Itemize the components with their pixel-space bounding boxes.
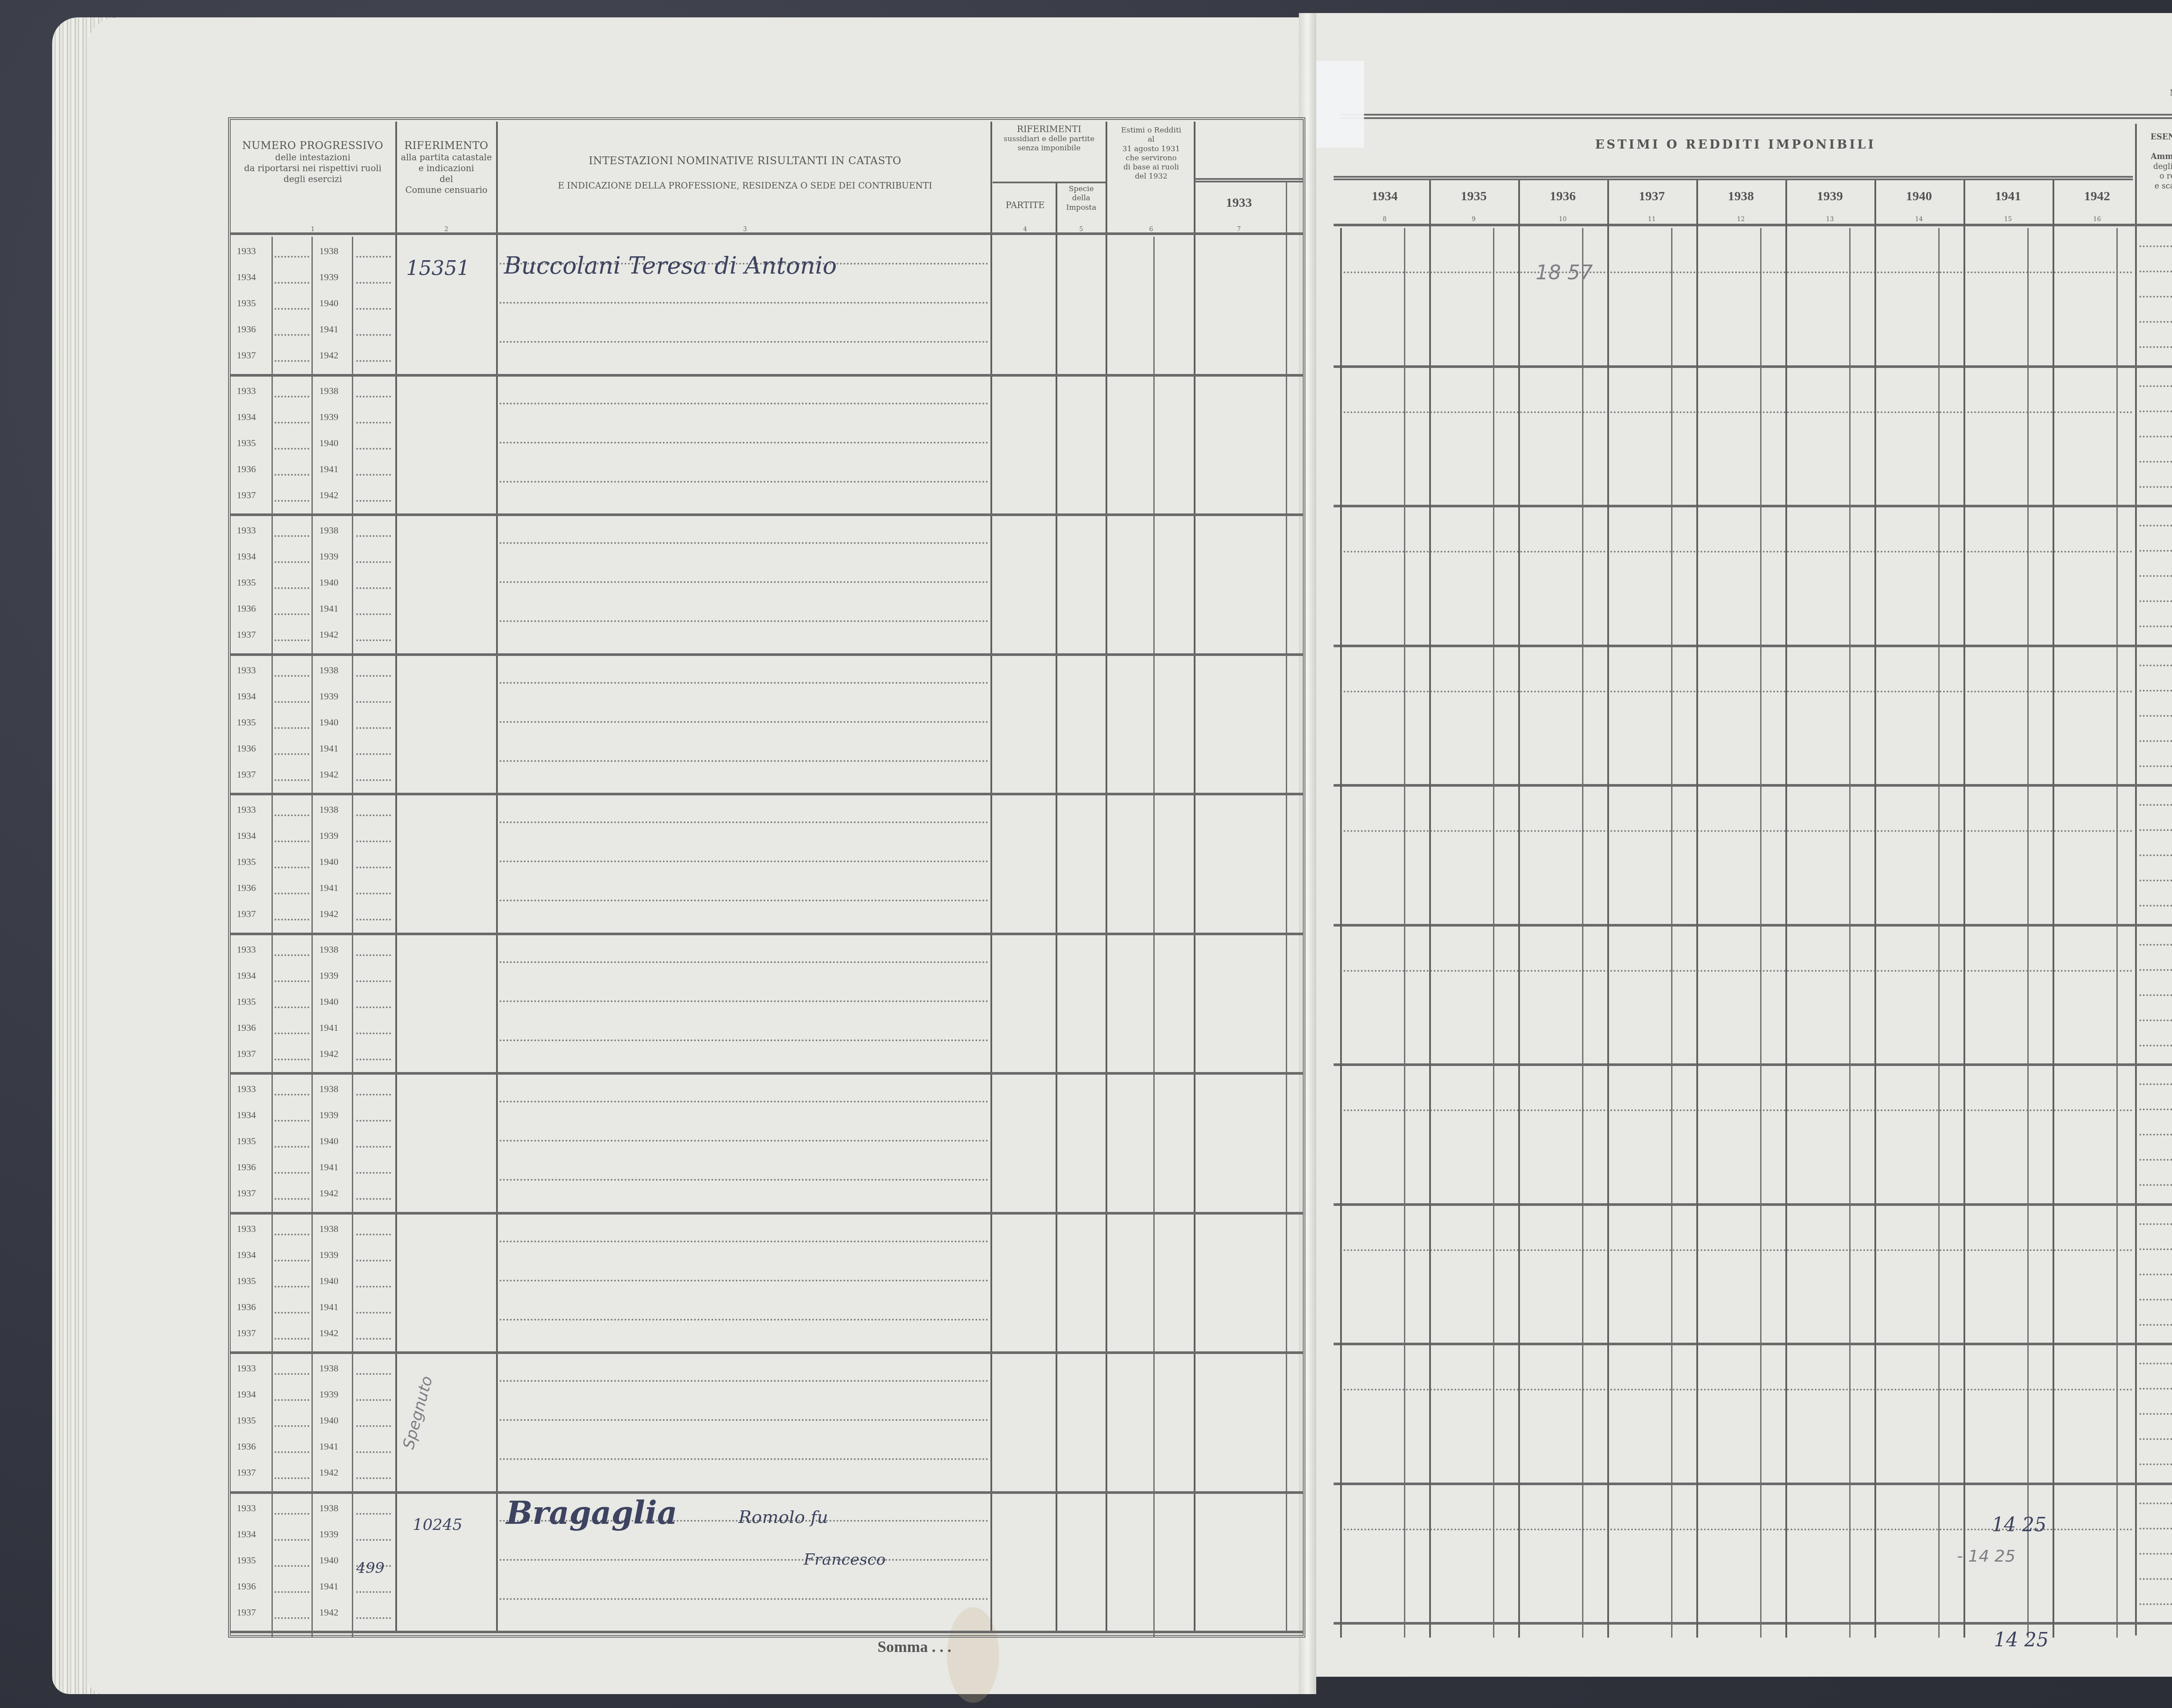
col7-number: 7	[1195, 226, 1282, 233]
entry-1-name: Buccolani Teresa di Antonio	[504, 252, 837, 279]
year-label: 1937	[237, 908, 256, 920]
entry-line	[275, 561, 309, 563]
esenzioni-line	[2139, 1603, 2172, 1605]
year-label: 1938	[319, 245, 338, 257]
entry-line	[275, 1539, 309, 1541]
year-label: 1941	[319, 1441, 338, 1452]
col2-line: Comune censuario	[397, 185, 495, 195]
entry-line	[356, 1399, 391, 1401]
entry-line	[275, 1565, 309, 1567]
entry-line	[275, 1373, 309, 1375]
year-label: 1941	[319, 882, 338, 894]
year-label: 1940	[319, 1275, 338, 1287]
block-divider	[230, 374, 1303, 377]
entry-line	[275, 954, 309, 956]
year-label: 1938	[319, 1363, 338, 1374]
entry-line	[275, 1260, 309, 1261]
entry-line	[356, 701, 391, 703]
amount-line	[1340, 1109, 2133, 1111]
year-label: 1938	[319, 1223, 338, 1235]
esenzioni-line: o redditi	[2137, 172, 2172, 182]
year-label: 1937	[237, 1467, 256, 1478]
year-label: 1939	[319, 411, 338, 423]
esenzioni-line	[2139, 1109, 2172, 1110]
col-divider	[2053, 180, 2054, 1638]
entry-line	[356, 587, 391, 589]
right-table-top-rule	[1340, 114, 2172, 119]
year-label: 1940	[319, 856, 338, 867]
year-label: 1936	[237, 1301, 256, 1313]
amount-line	[1340, 830, 2133, 832]
esenzioni-line	[2139, 715, 2172, 717]
esenzioni-line	[2139, 880, 2172, 881]
entry-line	[356, 841, 391, 842]
entry-line	[356, 919, 391, 920]
name-line	[500, 682, 988, 684]
estimi-group-title: ESTIMI O REDDITI IMPONIBILI	[1340, 137, 2131, 152]
entry-line	[356, 1146, 391, 1148]
block-divider	[1334, 784, 2172, 787]
entry-line	[275, 422, 309, 424]
year-label: 1937	[237, 769, 256, 780]
name-line	[500, 821, 988, 823]
esenzioni-line	[2139, 1045, 2172, 1046]
year-label: 1934	[237, 1249, 256, 1261]
entry-line	[356, 448, 391, 450]
year-column-number: 14	[1874, 216, 1963, 223]
entry-line	[356, 422, 391, 424]
entry-line	[356, 1591, 391, 1593]
col2-line: del	[397, 174, 495, 185]
entry-line	[356, 779, 391, 781]
entry-line	[275, 867, 309, 868]
esenzioni-line	[2139, 1184, 2172, 1186]
year-label: 1938	[319, 804, 338, 815]
year-group-divider	[1195, 178, 1303, 182]
year-label: 1939	[319, 1389, 338, 1400]
entry-line	[275, 474, 309, 476]
esenzioni-line	[2139, 436, 2172, 437]
col-subdivider	[271, 237, 273, 1638]
entry-line	[275, 1477, 309, 1479]
year-label: 1934	[237, 411, 256, 423]
year-label: 1936	[237, 463, 256, 475]
col-divider	[1429, 180, 1431, 1638]
esenzioni-title: ESENZIONI	[2137, 132, 2172, 142]
name-line	[500, 620, 988, 622]
entry-line	[275, 1033, 309, 1034]
year-label: 1941	[319, 324, 338, 335]
name-line	[500, 1000, 988, 1002]
year-label: 1935	[237, 437, 256, 449]
entry-line	[275, 1451, 309, 1453]
header-bottom-rule	[230, 232, 1303, 235]
entry-line	[275, 1120, 309, 1122]
name-line	[500, 1319, 988, 1321]
col-subdivider	[1493, 228, 1494, 1638]
col45-line: senza imponibile	[993, 144, 1106, 153]
right-page	[1308, 13, 2172, 1677]
esenzioni-line	[2139, 1578, 2172, 1580]
year-label: 1933	[237, 944, 256, 955]
esenzioni-line	[2139, 905, 2172, 907]
year-label: 1937	[237, 490, 256, 501]
entry-line	[275, 360, 309, 362]
esenzioni-line: Ammontare	[2137, 152, 2172, 162]
block-divider	[1334, 1622, 2172, 1625]
year-label: 1933	[237, 804, 256, 815]
esenzioni-line	[2139, 321, 2172, 323]
entry-line	[356, 1338, 391, 1340]
year-column-number: 10	[1518, 216, 1607, 223]
esenzioni-line: degli estimi	[2137, 162, 2172, 172]
entry-line	[356, 1286, 391, 1288]
col-divider	[496, 122, 498, 1633]
esenzioni-line	[2139, 1438, 2172, 1440]
year-label: 1935	[237, 856, 256, 867]
entry-line	[275, 893, 309, 894]
col-subdivider	[1582, 228, 1583, 1638]
col-divider	[990, 122, 992, 1633]
col-divider	[1194, 122, 1195, 1633]
esenzioni-line	[2139, 346, 2172, 348]
esenzioni-line	[2139, 525, 2172, 526]
col1-number: 1	[230, 226, 395, 233]
year-label: 1942	[319, 629, 338, 640]
esenzioni-line	[2139, 1223, 2172, 1225]
esenzioni-line	[2139, 1324, 2172, 1326]
year-label: 1935	[237, 1275, 256, 1287]
esenzioni-line	[2139, 1528, 2172, 1529]
name-line	[500, 1039, 988, 1041]
esenzioni-line	[2139, 550, 2172, 552]
col-divider	[395, 122, 397, 1633]
col5-number: 5	[1057, 226, 1105, 233]
entry-line	[275, 1399, 309, 1401]
block-divider	[230, 1631, 1303, 1633]
esenzioni-line	[2139, 486, 2172, 488]
esenzioni-line	[2139, 740, 2172, 742]
year-label: 1934	[237, 1109, 256, 1121]
year-label: 1934	[237, 1389, 256, 1400]
year-column-header: 1938	[1696, 189, 1785, 204]
entry-10-father: Francesco	[804, 1551, 886, 1569]
entry-line	[356, 360, 391, 362]
col-divider	[1056, 182, 1057, 1633]
esenzioni-line	[2139, 804, 2172, 806]
esenzioni-line	[2139, 1463, 2172, 1465]
esenzioni-line	[2139, 410, 2172, 412]
entry-line	[356, 1198, 391, 1200]
entry-line	[356, 954, 391, 956]
year-column-header: 1934	[1340, 189, 1429, 204]
col4-number: 4	[993, 226, 1058, 233]
year-label: 1934	[237, 271, 256, 283]
year-label: 1942	[319, 490, 338, 501]
col3-header: INTESTAZIONI NOMINATIVE RISULTANTI IN CA…	[500, 154, 990, 191]
col-subdivider	[2116, 228, 2118, 1638]
col-divider	[1518, 180, 1520, 1638]
year-label: 1936	[237, 1022, 256, 1033]
year-label: 1933	[237, 1503, 256, 1514]
name-line	[500, 861, 988, 862]
repair-tape	[1316, 61, 1364, 148]
year-label: 1934	[237, 1529, 256, 1540]
year-label: 1940	[319, 717, 338, 728]
year-label: 1940	[319, 996, 338, 1007]
name-line	[500, 1598, 988, 1600]
entry-line	[356, 308, 391, 310]
year-label: 1935	[237, 298, 256, 309]
year-label: 1940	[319, 1135, 338, 1147]
year-label: 1937	[237, 629, 256, 640]
somma-label: Somma . . .	[877, 1638, 951, 1656]
year-column-number: 8	[1340, 216, 1429, 223]
entry-line	[275, 1234, 309, 1235]
esenzioni-line	[2139, 1274, 2172, 1275]
year-label: 1939	[319, 1109, 338, 1121]
entry-10-surname: Bragaglia	[506, 1494, 677, 1531]
esenzioni-line	[2139, 1413, 2172, 1415]
name-line	[500, 760, 988, 762]
col-subdivider	[1153, 237, 1155, 1638]
year-label: 1937	[237, 1188, 256, 1199]
entry-line	[275, 1617, 309, 1619]
amount-line	[1340, 691, 2133, 692]
col2-title: RIFERIMENTO	[397, 139, 495, 152]
col-divider	[1696, 180, 1698, 1638]
esenzioni-header: ESENZIONI — Ammontare degli estimi o red…	[2137, 132, 2172, 191]
year-label: 1936	[237, 324, 256, 335]
year-label: 1940	[319, 1555, 338, 1566]
year-column-number: 13	[1785, 216, 1874, 223]
name-line	[500, 721, 988, 723]
year-label: 1942	[319, 908, 338, 920]
year-column-number: 12	[1696, 216, 1785, 223]
col3-title: INTESTAZIONI NOMINATIVE RISULTANTI IN CA…	[500, 154, 990, 167]
entry-line	[275, 1286, 309, 1288]
col2-number: 2	[397, 226, 495, 233]
amount-line	[1340, 551, 2133, 553]
year-column-number: 9	[1429, 216, 1518, 223]
col6-line: al	[1108, 135, 1195, 144]
entry-line	[356, 893, 391, 894]
esenzioni-line	[2139, 1363, 2172, 1364]
esenzioni-number: 17	[2137, 216, 2172, 223]
year-column-header: 1942	[2053, 189, 2142, 204]
year-label: 1934	[237, 551, 256, 562]
entry-line	[275, 1591, 309, 1593]
entry-line	[356, 675, 391, 677]
entry-line	[356, 980, 391, 982]
year-label: 1933	[237, 385, 256, 397]
esenzioni-line	[2139, 626, 2172, 627]
block-divider	[230, 1212, 1303, 1215]
esenzioni-line	[2139, 944, 2172, 946]
year-label: 1933	[237, 1083, 256, 1095]
year-label: 1942	[319, 1607, 338, 1618]
year-label: 1935	[237, 996, 256, 1007]
block-divider	[1334, 645, 2172, 647]
entry-line	[275, 334, 309, 336]
year-column-number: 11	[1607, 216, 1696, 223]
entry-line	[275, 701, 309, 703]
entry-line	[275, 1513, 309, 1515]
col2-header: RIFERIMENTO alla partita catastale e ind…	[397, 139, 495, 195]
esenzioni-line	[2139, 765, 2172, 767]
name-line	[500, 403, 988, 404]
year-label: 1935	[237, 1555, 256, 1566]
amount-line	[1340, 970, 2133, 972]
esenzioni-line: e scadenze	[2137, 182, 2172, 192]
entry-1-estimi-1936: 18 57	[1536, 261, 1593, 284]
col6-line: 31 agosto 1931	[1108, 145, 1195, 154]
year-label: 1936	[237, 603, 256, 614]
name-line	[500, 341, 988, 343]
col2-line: alla partita catastale	[397, 152, 495, 163]
year-label: 1933	[237, 245, 256, 257]
esenzioni-line	[2139, 829, 2172, 831]
col4-header: PARTITE	[993, 200, 1058, 211]
esenzioni-dash: —	[2137, 142, 2172, 152]
year-label: 1936	[237, 743, 256, 754]
name-line	[500, 1140, 988, 1142]
block-divider	[230, 933, 1303, 935]
esenzioni-line	[2139, 665, 2172, 666]
block-divider	[230, 1072, 1303, 1075]
col-subdivider	[1760, 228, 1761, 1638]
block-divider	[1334, 505, 2172, 507]
entry-line	[356, 282, 391, 284]
entry-line	[275, 980, 309, 982]
entry-line	[275, 1338, 309, 1340]
year-label: 1940	[319, 577, 338, 588]
col1-header: NUMERO PROGRESSIVO delle intestazioni da…	[230, 139, 395, 185]
entry-line	[356, 1425, 391, 1427]
block-divider	[230, 513, 1303, 516]
col6-line: Estimi o Redditi	[1108, 126, 1195, 135]
year-label: 1936	[237, 1441, 256, 1452]
entry-line	[275, 1094, 309, 1096]
entry-line	[356, 1617, 391, 1619]
esenzioni-line	[2139, 1388, 2172, 1390]
entry-line	[275, 1312, 309, 1314]
year-column-number: 16	[2053, 216, 2142, 223]
col-divider	[1874, 180, 1876, 1638]
col1-line: da riportarsi nei rispettivi ruoli	[230, 163, 395, 174]
year-group-divider	[1334, 176, 2133, 180]
year-label: 1933	[237, 1363, 256, 1374]
entry-line	[275, 753, 309, 755]
amount-line	[1340, 1389, 2133, 1390]
entry-line	[275, 256, 309, 258]
entry-line	[275, 587, 309, 589]
year-label: 1936	[237, 882, 256, 894]
col6-header: Estimi o Redditi al 31 agosto 1931 che s…	[1108, 126, 1195, 182]
entry-line	[356, 1094, 391, 1096]
name-line	[500, 961, 988, 963]
entry-10-given-name: Romolo fu	[738, 1507, 828, 1527]
year-label: 1941	[319, 603, 338, 614]
year-label: 1941	[319, 1581, 338, 1592]
block-divider	[1334, 365, 2172, 368]
year-column-header: 1937	[1607, 189, 1696, 204]
col2-line: e indicazioni	[397, 163, 495, 174]
esenzioni-line	[2139, 1134, 2172, 1135]
year-label: 1938	[319, 525, 338, 536]
year-label: 1939	[319, 970, 338, 981]
esenzioni-line	[2139, 1553, 2172, 1555]
entry-line	[356, 1539, 391, 1541]
entry-line	[356, 561, 391, 563]
year-label: 1942	[319, 769, 338, 780]
year-column-header: 1936	[1518, 189, 1607, 204]
entry-line	[275, 282, 309, 284]
col45-title: RIFERIMENTI	[993, 124, 1106, 135]
year-label: 1935	[237, 1135, 256, 1147]
esenzioni-line	[2139, 296, 2172, 298]
entry-line	[356, 1513, 391, 1515]
year-label: 1933	[237, 665, 256, 676]
year-label: 1934	[237, 970, 256, 981]
year-label: 1942	[319, 1467, 338, 1478]
col-divider	[2135, 124, 2137, 1635]
entry-line	[275, 1172, 309, 1174]
year-label: 1939	[319, 691, 338, 702]
year-column-header: 1941	[1963, 189, 2053, 204]
year-label: 1938	[319, 665, 338, 676]
esenzioni-line	[2139, 1248, 2172, 1250]
esenzioni-line	[2139, 245, 2172, 247]
block-divider	[1334, 924, 2172, 927]
col3-subtitle: E INDICAZIONE DELLA PROFESSIONE, RESIDEN…	[500, 180, 990, 191]
esenzioni-line	[2139, 271, 2172, 272]
year-label: 1936	[237, 1162, 256, 1173]
year-label: 1937	[237, 1607, 256, 1618]
entry-line	[356, 396, 391, 397]
col-divider	[1286, 182, 1287, 1633]
esenzioni-line	[2139, 461, 2172, 463]
name-line	[500, 1380, 988, 1382]
year-label: 1935	[237, 577, 256, 588]
year-label: 1939	[319, 1249, 338, 1261]
entry-line	[356, 1120, 391, 1122]
left-table-frame	[228, 117, 1305, 1638]
esenzioni-line	[2139, 385, 2172, 387]
esenzioni-line	[2139, 690, 2172, 692]
entry-line	[356, 1260, 391, 1261]
entry-line	[275, 1146, 309, 1148]
name-line	[500, 1101, 988, 1102]
col-subdivider	[1404, 228, 1405, 1638]
col45-header: RIFERIMENTI sussidiari e delle partite s…	[993, 124, 1106, 153]
entry-line	[356, 334, 391, 336]
amount-line	[1340, 1249, 2133, 1251]
col45-line: sussidiari e delle partite	[993, 135, 1106, 144]
entry-10-partita: 10245	[413, 1516, 463, 1534]
year-label: 1938	[319, 1503, 338, 1514]
entry-10-estimi-1941: 14 25	[1992, 1514, 2046, 1536]
year-label: 1934	[237, 691, 256, 702]
year-label: 1938	[319, 1083, 338, 1095]
entry-line	[275, 1059, 309, 1060]
block-divider	[1334, 1203, 2172, 1206]
entry-line	[275, 1198, 309, 1200]
col-subdivider	[1938, 228, 1940, 1638]
col-subdivider	[352, 237, 353, 1638]
col-divider	[1963, 180, 1965, 1638]
name-line	[500, 542, 988, 544]
